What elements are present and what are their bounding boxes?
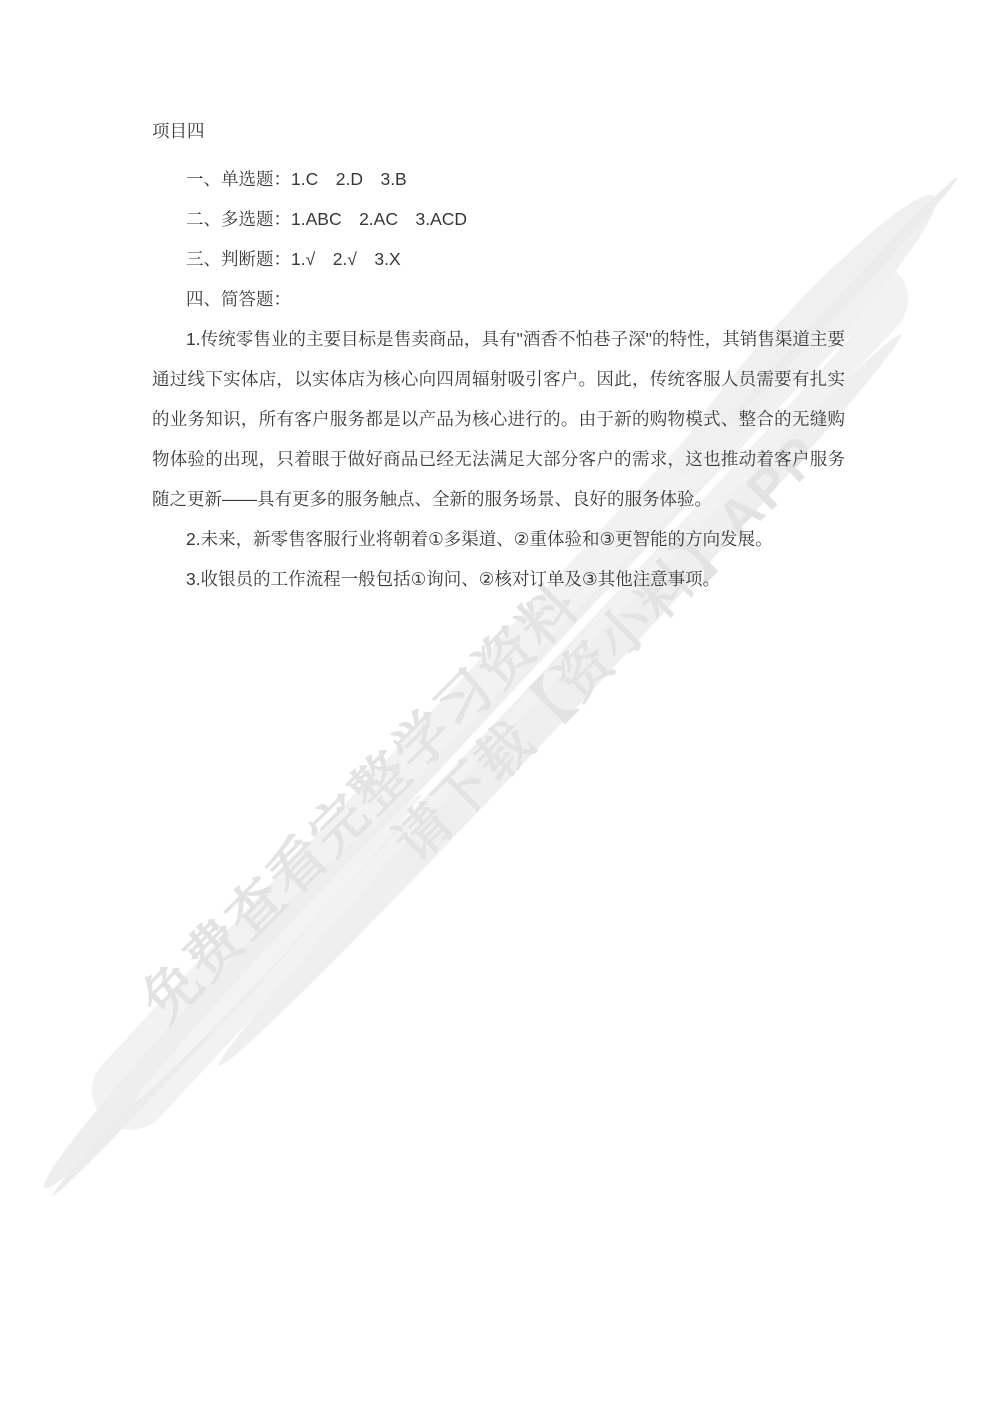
- paragraph-1-line: 的业务知识，所有客户服务都是以产品为核心进行的。由于新的购物模式、整合的无缝购: [152, 399, 845, 439]
- paragraph-1-line: 1.传统零售业的主要目标是售卖商品，具有"酒香不怕巷子深"的特性，其销售渠道主要: [152, 319, 845, 359]
- document-page: 免费查看完整学习资料 请下载【资小料】APP 项目四 一、单选题：1.C 2.D…: [0, 0, 993, 1404]
- paragraph-2-line: 2.未来，新零售客服行业将朝着①多渠道、②重体验和③更智能的方向发展。: [152, 519, 845, 559]
- paragraph-1-line: 物体验的出现，只着眼于做好商品已经无法满足大部分客户的需求，这也推动着客户服务: [152, 439, 845, 479]
- answer-line-judgment: 三、判断题：1.√ 2.√ 3.X: [152, 239, 845, 279]
- paragraph-1-line: 通过线下实体店，以实体店为核心向四周辐射吸引客户。因此，传统客服人员需要有扎实: [152, 359, 845, 399]
- document-content: 项目四 一、单选题：1.C 2.D 3.B 二、多选题：1.ABC 2.AC 3…: [152, 111, 845, 599]
- paragraph-3-line: 3.收银员的工作流程一般包括①询问、②核对订单及③其他注意事项。: [152, 559, 845, 599]
- answer-line-short-answer-heading: 四、简答题：: [152, 279, 845, 319]
- answer-line-single-choice: 一、单选题：1.C 2.D 3.B: [152, 159, 845, 199]
- answer-line-multi-choice: 二、多选题：1.ABC 2.AC 3.ACD: [152, 199, 845, 239]
- page-title: 项目四: [152, 111, 845, 151]
- paragraph-1-line: 随之更新——具有更多的服务触点、全新的服务场景、良好的服务体验。: [152, 479, 845, 519]
